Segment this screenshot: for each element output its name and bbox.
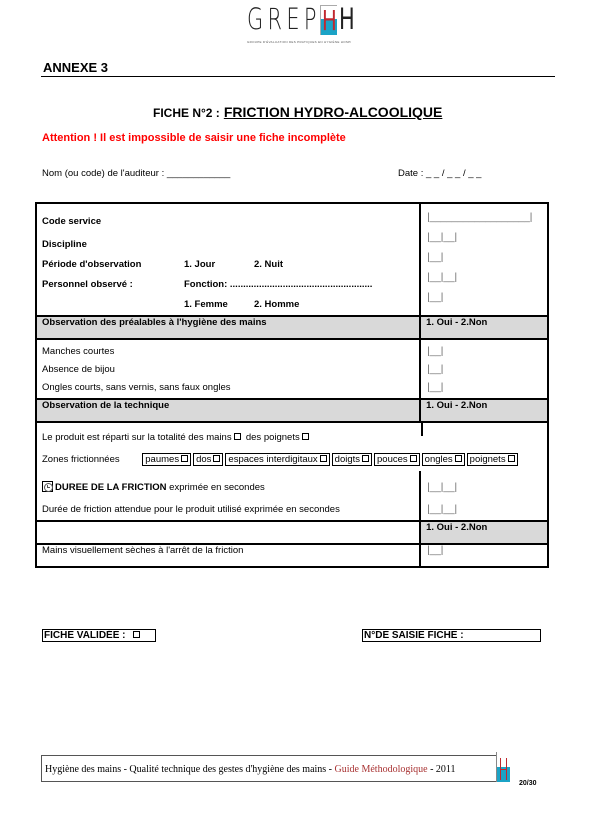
page-title: FICHE N°2 :FRICTION HYDRO-ALCOOLIQUE <box>153 104 442 122</box>
technique-answer-header: 1. Oui - 2.Non <box>420 399 548 422</box>
zone-doigts[interactable]: doigts <box>332 453 372 466</box>
date-field[interactable]: Date : _ _ / _ _ / _ _ <box>398 168 481 179</box>
row-personnel: Personnel observé : Fonction: ..........… <box>42 275 419 295</box>
prealables-inputs: |__| |__| |__| <box>420 339 548 399</box>
fiche-validee: FICHE VALIDÉE : <box>42 629 156 642</box>
sechage-input[interactable]: |__| <box>420 544 548 567</box>
row-sexe: 1. Femme 2. Homme <box>42 295 419 315</box>
duree-attendue-row: Durée de friction attendue pour le produ… <box>42 501 419 519</box>
option-femme: 1. Femme <box>184 295 228 315</box>
zone-pouces[interactable]: pouces <box>374 453 420 466</box>
prealables-header: Observation des préalables à l'hygiène d… <box>36 316 420 339</box>
sechage-answer-header: 1. Oui - 2.Non <box>420 521 548 544</box>
item-manches: Manches courtes <box>42 343 419 361</box>
zone-ongles[interactable]: ongles <box>422 453 465 466</box>
zone-poignets[interactable]: poignets <box>467 453 518 466</box>
manches-input[interactable]: |__| <box>427 343 547 361</box>
numero-saisie-field[interactable]: N°DE SAISIE FICHE : <box>362 629 541 642</box>
identification-labels: Code service Discipline Période d'observ… <box>36 203 420 316</box>
duree-inputs: |__|__| |__|__| <box>420 471 548 521</box>
option-homme: 2. Homme <box>254 295 299 315</box>
zones-row: Zones frictionnées paumesdosespaces inte… <box>42 451 547 469</box>
bijou-input[interactable]: |__| <box>427 361 547 379</box>
duree-row: DUREE DE LA FRICTION exprimée en seconde… <box>42 479 419 497</box>
repartition-row: Le produit est réparti sur la totalité d… <box>42 429 547 447</box>
mains-checkbox[interactable] <box>234 433 241 440</box>
footer-guide-title: Guide Méthodologique <box>335 764 428 775</box>
duree-input[interactable]: |__|__| <box>427 479 547 497</box>
ongles-input[interactable]: |__| <box>427 379 547 397</box>
column-divider-top <box>421 423 423 436</box>
code-service-input[interactable]: |__________________| <box>427 208 547 228</box>
fiche-name: FRICTION HYDRO-ALCOOLIQUE <box>224 104 443 120</box>
warning-message: Attention ! Il est impossible de saisir … <box>42 132 346 144</box>
logo-text: GREP <box>247 2 321 36</box>
validee-checkbox[interactable] <box>133 631 140 638</box>
item-bijou: Absence de bijou <box>42 361 419 379</box>
duree-labels: DUREE DE LA FRICTION exprimée en seconde… <box>36 471 420 521</box>
observation-form: Code service Discipline Période d'observ… <box>35 202 549 568</box>
fonction-input[interactable]: |__|__| <box>427 268 547 288</box>
row-discipline: Discipline <box>42 235 419 255</box>
zone-dos[interactable]: dos <box>193 453 223 466</box>
zone-espaces-interdigitaux[interactable]: espaces interdigitaux <box>225 453 329 466</box>
discipline-input[interactable]: |__|__| <box>427 228 547 248</box>
zone-paumes[interactable]: paumes <box>142 453 191 466</box>
identification-inputs: |__________________| |__|__| |__| |__|__… <box>420 203 548 316</box>
duree-attendue-input[interactable]: |__|__| <box>427 501 547 519</box>
footer-banner: Hygiène des mains - Qualité technique de… <box>41 755 497 782</box>
option-jour: 1. Jour <box>184 255 215 275</box>
grephh-logo: GREP H H GROUPE D'ÉVALUATION DES PRATIQU… <box>247 2 351 48</box>
prealables-labels: Manches courtes Absence de bijou Ongles … <box>36 339 420 399</box>
logo-h-glyph: H <box>322 4 337 37</box>
option-nuit: 2. Nuit <box>254 255 283 275</box>
clock-icon <box>42 481 53 492</box>
page-number: 20/30 <box>519 780 537 787</box>
logo-h-last: H <box>339 2 355 36</box>
fiche-number: FICHE N°2 : <box>153 106 220 120</box>
technique-block: Le produit est réparti sur la totalité d… <box>36 422 548 471</box>
poignets-checkbox[interactable] <box>302 433 309 440</box>
logo-subtitle: GROUPE D'ÉVALUATION DES PRATIQUES EN HYG… <box>247 40 351 44</box>
sechage-label: Mains visuellement sèches à l'arrêt de l… <box>36 544 420 567</box>
row-periode: Période d'observation 1. Jour 2. Nuit <box>42 255 419 275</box>
row-code-service: Code service <box>42 212 419 232</box>
header-divider <box>41 76 555 77</box>
auditor-field[interactable]: Nom (ou code) de l'auditeur : __________… <box>42 168 230 179</box>
footer-logo-icon <box>496 752 510 782</box>
periode-input[interactable]: |__| <box>427 248 547 268</box>
technique-header: Observation de la technique <box>36 399 420 422</box>
item-ongles: Ongles courts, sans vernis, sans faux on… <box>42 379 419 397</box>
prealables-answer-header: 1. Oui - 2.Non <box>420 316 548 339</box>
sechage-header-empty <box>36 521 420 544</box>
annexe-heading: ANNEXE 3 <box>43 60 108 75</box>
sexe-input[interactable]: |__| <box>427 288 547 308</box>
fonction-field[interactable]: Fonction: ..............................… <box>184 275 372 295</box>
